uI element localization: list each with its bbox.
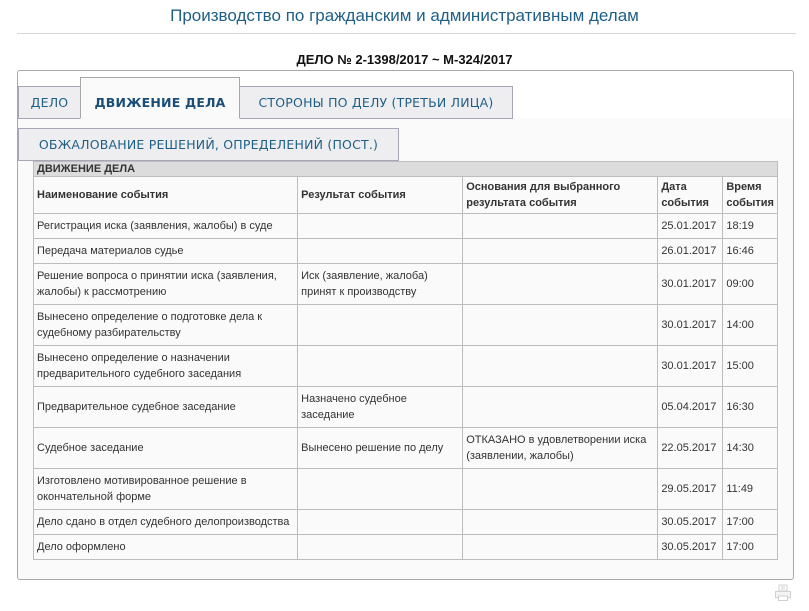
cell-event-name: Дело оформлено xyxy=(34,535,298,560)
section-title: ДВИЖЕНИЕ ДЕЛА xyxy=(34,162,778,177)
cell-result-basis: ОТКАЗАНО в удовлетворении иска (заявлени… xyxy=(463,428,658,469)
cell-event-date: 22.05.2017 xyxy=(658,428,723,469)
cell-result-basis xyxy=(463,510,658,535)
cell-event-time: 14:00 xyxy=(723,305,778,346)
title-divider xyxy=(17,33,796,34)
tab-parties[interactable]: СТОРОНЫ ПО ДЕЛУ (ТРЕТЬИ ЛИЦА) xyxy=(239,86,513,119)
cell-event-result xyxy=(298,214,463,239)
cell-result-basis xyxy=(463,239,658,264)
cell-event-name: Судебное заседание xyxy=(34,428,298,469)
header-event-time: Время события xyxy=(723,177,778,214)
tab-case-movement[interactable]: ДВИЖЕНИЕ ДЕЛА xyxy=(80,77,240,119)
cell-event-date: 30.05.2017 xyxy=(658,510,723,535)
cell-result-basis xyxy=(463,387,658,428)
cell-event-time: 17:00 xyxy=(723,510,778,535)
cell-event-result xyxy=(298,535,463,560)
header-result-basis: Основания для выбранного результата собы… xyxy=(463,177,658,214)
cell-event-date: 30.01.2017 xyxy=(658,264,723,305)
cell-event-time: 15:00 xyxy=(723,346,778,387)
table-row: Судебное заседаниеВынесено решение по де… xyxy=(34,428,778,469)
cell-event-name: Вынесено определение о подготовке дела к… xyxy=(34,305,298,346)
cell-event-date: 05.04.2017 xyxy=(658,387,723,428)
cell-event-time: 16:30 xyxy=(723,387,778,428)
cell-event-name: Передача материалов судье xyxy=(34,239,298,264)
table-row: Решение вопроса о принятии иска (заявлен… xyxy=(34,264,778,305)
table-row: Вынесено определение о подготовке дела к… xyxy=(34,305,778,346)
printer-icon[interactable] xyxy=(774,584,792,602)
cell-event-result xyxy=(298,239,463,264)
case-movement-table: ДВИЖЕНИЕ ДЕЛА Наименование события Резул… xyxy=(33,161,778,560)
cell-event-date: 30.05.2017 xyxy=(658,535,723,560)
header-event-date: Дата события xyxy=(658,177,723,214)
cell-event-time: 16:46 xyxy=(723,239,778,264)
table-row: Изготовлено мотивированное решение в око… xyxy=(34,469,778,510)
cell-result-basis xyxy=(463,535,658,560)
cell-event-time: 09:00 xyxy=(723,264,778,305)
header-event-name: Наименование события xyxy=(34,177,298,214)
cell-result-basis xyxy=(463,346,658,387)
table-row: Регистрация иска (заявления, жалобы) в с… xyxy=(34,214,778,239)
cell-event-result: Иск (заявление, жалоба) принят к произво… xyxy=(298,264,463,305)
cell-event-date: 29.05.2017 xyxy=(658,469,723,510)
cell-event-result: Вынесено решение по делу xyxy=(298,428,463,469)
table-row: Предварительное судебное заседаниеНазнач… xyxy=(34,387,778,428)
table-row: Дело оформлено30.05.201717:00 xyxy=(34,535,778,560)
cell-result-basis xyxy=(463,214,658,239)
cell-result-basis xyxy=(463,264,658,305)
page-title: Производство по гражданским и администра… xyxy=(0,6,809,26)
cell-event-name: Изготовлено мотивированное решение в око… xyxy=(34,469,298,510)
cell-result-basis xyxy=(463,469,658,510)
cell-event-name: Регистрация иска (заявления, жалобы) в с… xyxy=(34,214,298,239)
cell-event-result xyxy=(298,305,463,346)
cell-event-result xyxy=(298,346,463,387)
case-number: ДЕЛО № 2-1398/2017 ~ М-324/2017 xyxy=(0,52,809,67)
tab-appeals[interactable]: ОБЖАЛОВАНИЕ РЕШЕНИЙ, ОПРЕДЕЛЕНИЙ (ПОСТ.) xyxy=(18,128,399,161)
table-header-row: Наименование события Результат события О… xyxy=(34,177,778,214)
header-event-result: Результат события xyxy=(298,177,463,214)
cell-event-name: Предварительное судебное заседание xyxy=(34,387,298,428)
table-row: Вынесено определение о назначении предва… xyxy=(34,346,778,387)
cell-event-name: Вынесено определение о назначении предва… xyxy=(34,346,298,387)
case-panel: ДЕЛО СТОРОНЫ ПО ДЕЛУ (ТРЕТЬИ ЛИЦА) ДВИЖЕ… xyxy=(17,70,794,580)
cell-event-time: 11:49 xyxy=(723,469,778,510)
cell-event-date: 25.01.2017 xyxy=(658,214,723,239)
table-row: Передача материалов судье26.01.201716:46 xyxy=(34,239,778,264)
cell-result-basis xyxy=(463,305,658,346)
table-section-header: ДВИЖЕНИЕ ДЕЛА xyxy=(34,162,778,177)
cell-event-result xyxy=(298,510,463,535)
cell-event-date: 30.01.2017 xyxy=(658,346,723,387)
cell-event-result: Назначено судебное заседание xyxy=(298,387,463,428)
cell-event-date: 30.01.2017 xyxy=(658,305,723,346)
cell-event-name: Дело сдано в отдел судебного делопроизво… xyxy=(34,510,298,535)
cell-event-name: Решение вопроса о принятии иска (заявлен… xyxy=(34,264,298,305)
tab-case[interactable]: ДЕЛО xyxy=(18,86,81,119)
cell-event-result xyxy=(298,469,463,510)
cell-event-time: 18:19 xyxy=(723,214,778,239)
cell-event-date: 26.01.2017 xyxy=(658,239,723,264)
cell-event-time: 14:30 xyxy=(723,428,778,469)
table-row: Дело сдано в отдел судебного делопроизво… xyxy=(34,510,778,535)
cell-event-time: 17:00 xyxy=(723,535,778,560)
